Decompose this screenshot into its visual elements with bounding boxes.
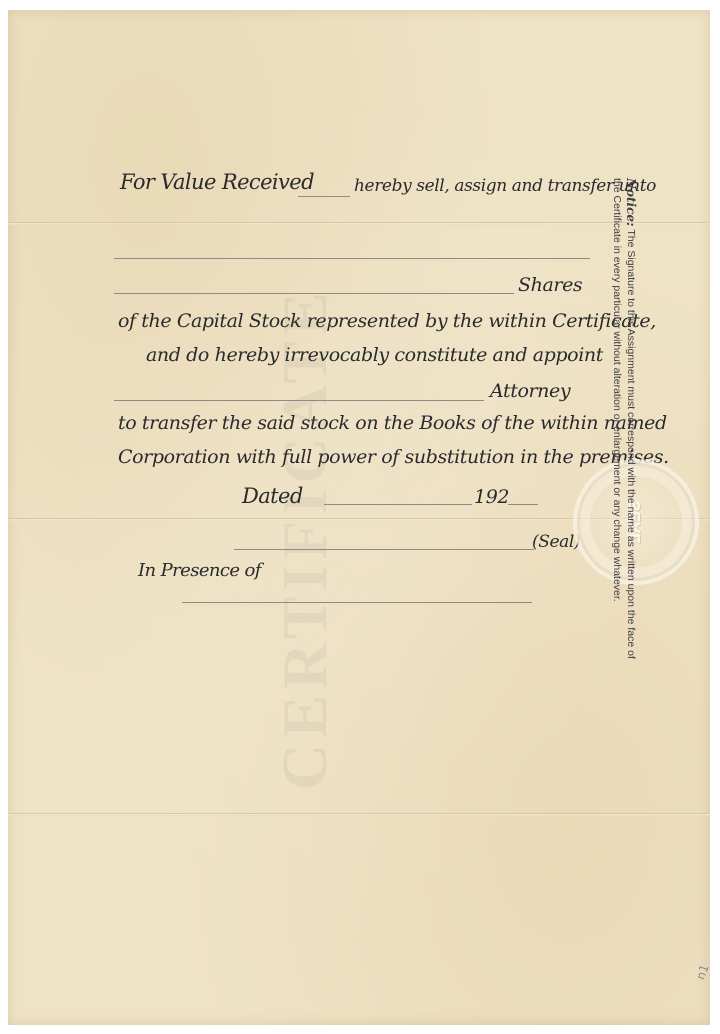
appoint-text: and do hereby irrevocably constitute and… — [146, 344, 603, 366]
year-suffix-line[interactable] — [508, 504, 538, 505]
shares-count-line[interactable] — [114, 293, 514, 294]
attorney-label: Attorney — [490, 380, 570, 402]
date-blank-line[interactable] — [324, 504, 472, 505]
notice-lead: Notice: — [624, 178, 638, 226]
fold-line-3 — [8, 813, 710, 816]
attorney-name-line[interactable] — [114, 400, 484, 401]
assignor-blank-line[interactable] — [298, 196, 350, 197]
shares-label: Shares — [518, 274, 582, 296]
dated-label: Dated — [242, 484, 303, 508]
certificate-back-page: CERTIFICATE For Value Received hereby se… — [8, 10, 710, 1025]
notice-line-1: The Signature to this Assignment must co… — [625, 229, 637, 659]
heading-for-value-received: For Value Received — [120, 170, 314, 194]
capital-stock-text: of the Capital Stock represented by the … — [118, 310, 656, 332]
notice-line-2: the Certificate in every particular with… — [611, 178, 623, 602]
assignee-name-line[interactable] — [114, 258, 590, 259]
year-prefix: 192 — [474, 486, 509, 508]
seal-label: (Seal) — [532, 532, 580, 552]
witness-signature-line[interactable] — [182, 602, 532, 603]
signature-notice: Notice: The Signature to this Assignment… — [604, 178, 638, 586]
in-presence-of-label: In Presence of — [138, 560, 261, 581]
signature-line[interactable] — [234, 549, 534, 550]
pencil-annotation: n1 — [693, 962, 711, 981]
transfer-text: to transfer the said stock on the Books … — [118, 412, 667, 434]
